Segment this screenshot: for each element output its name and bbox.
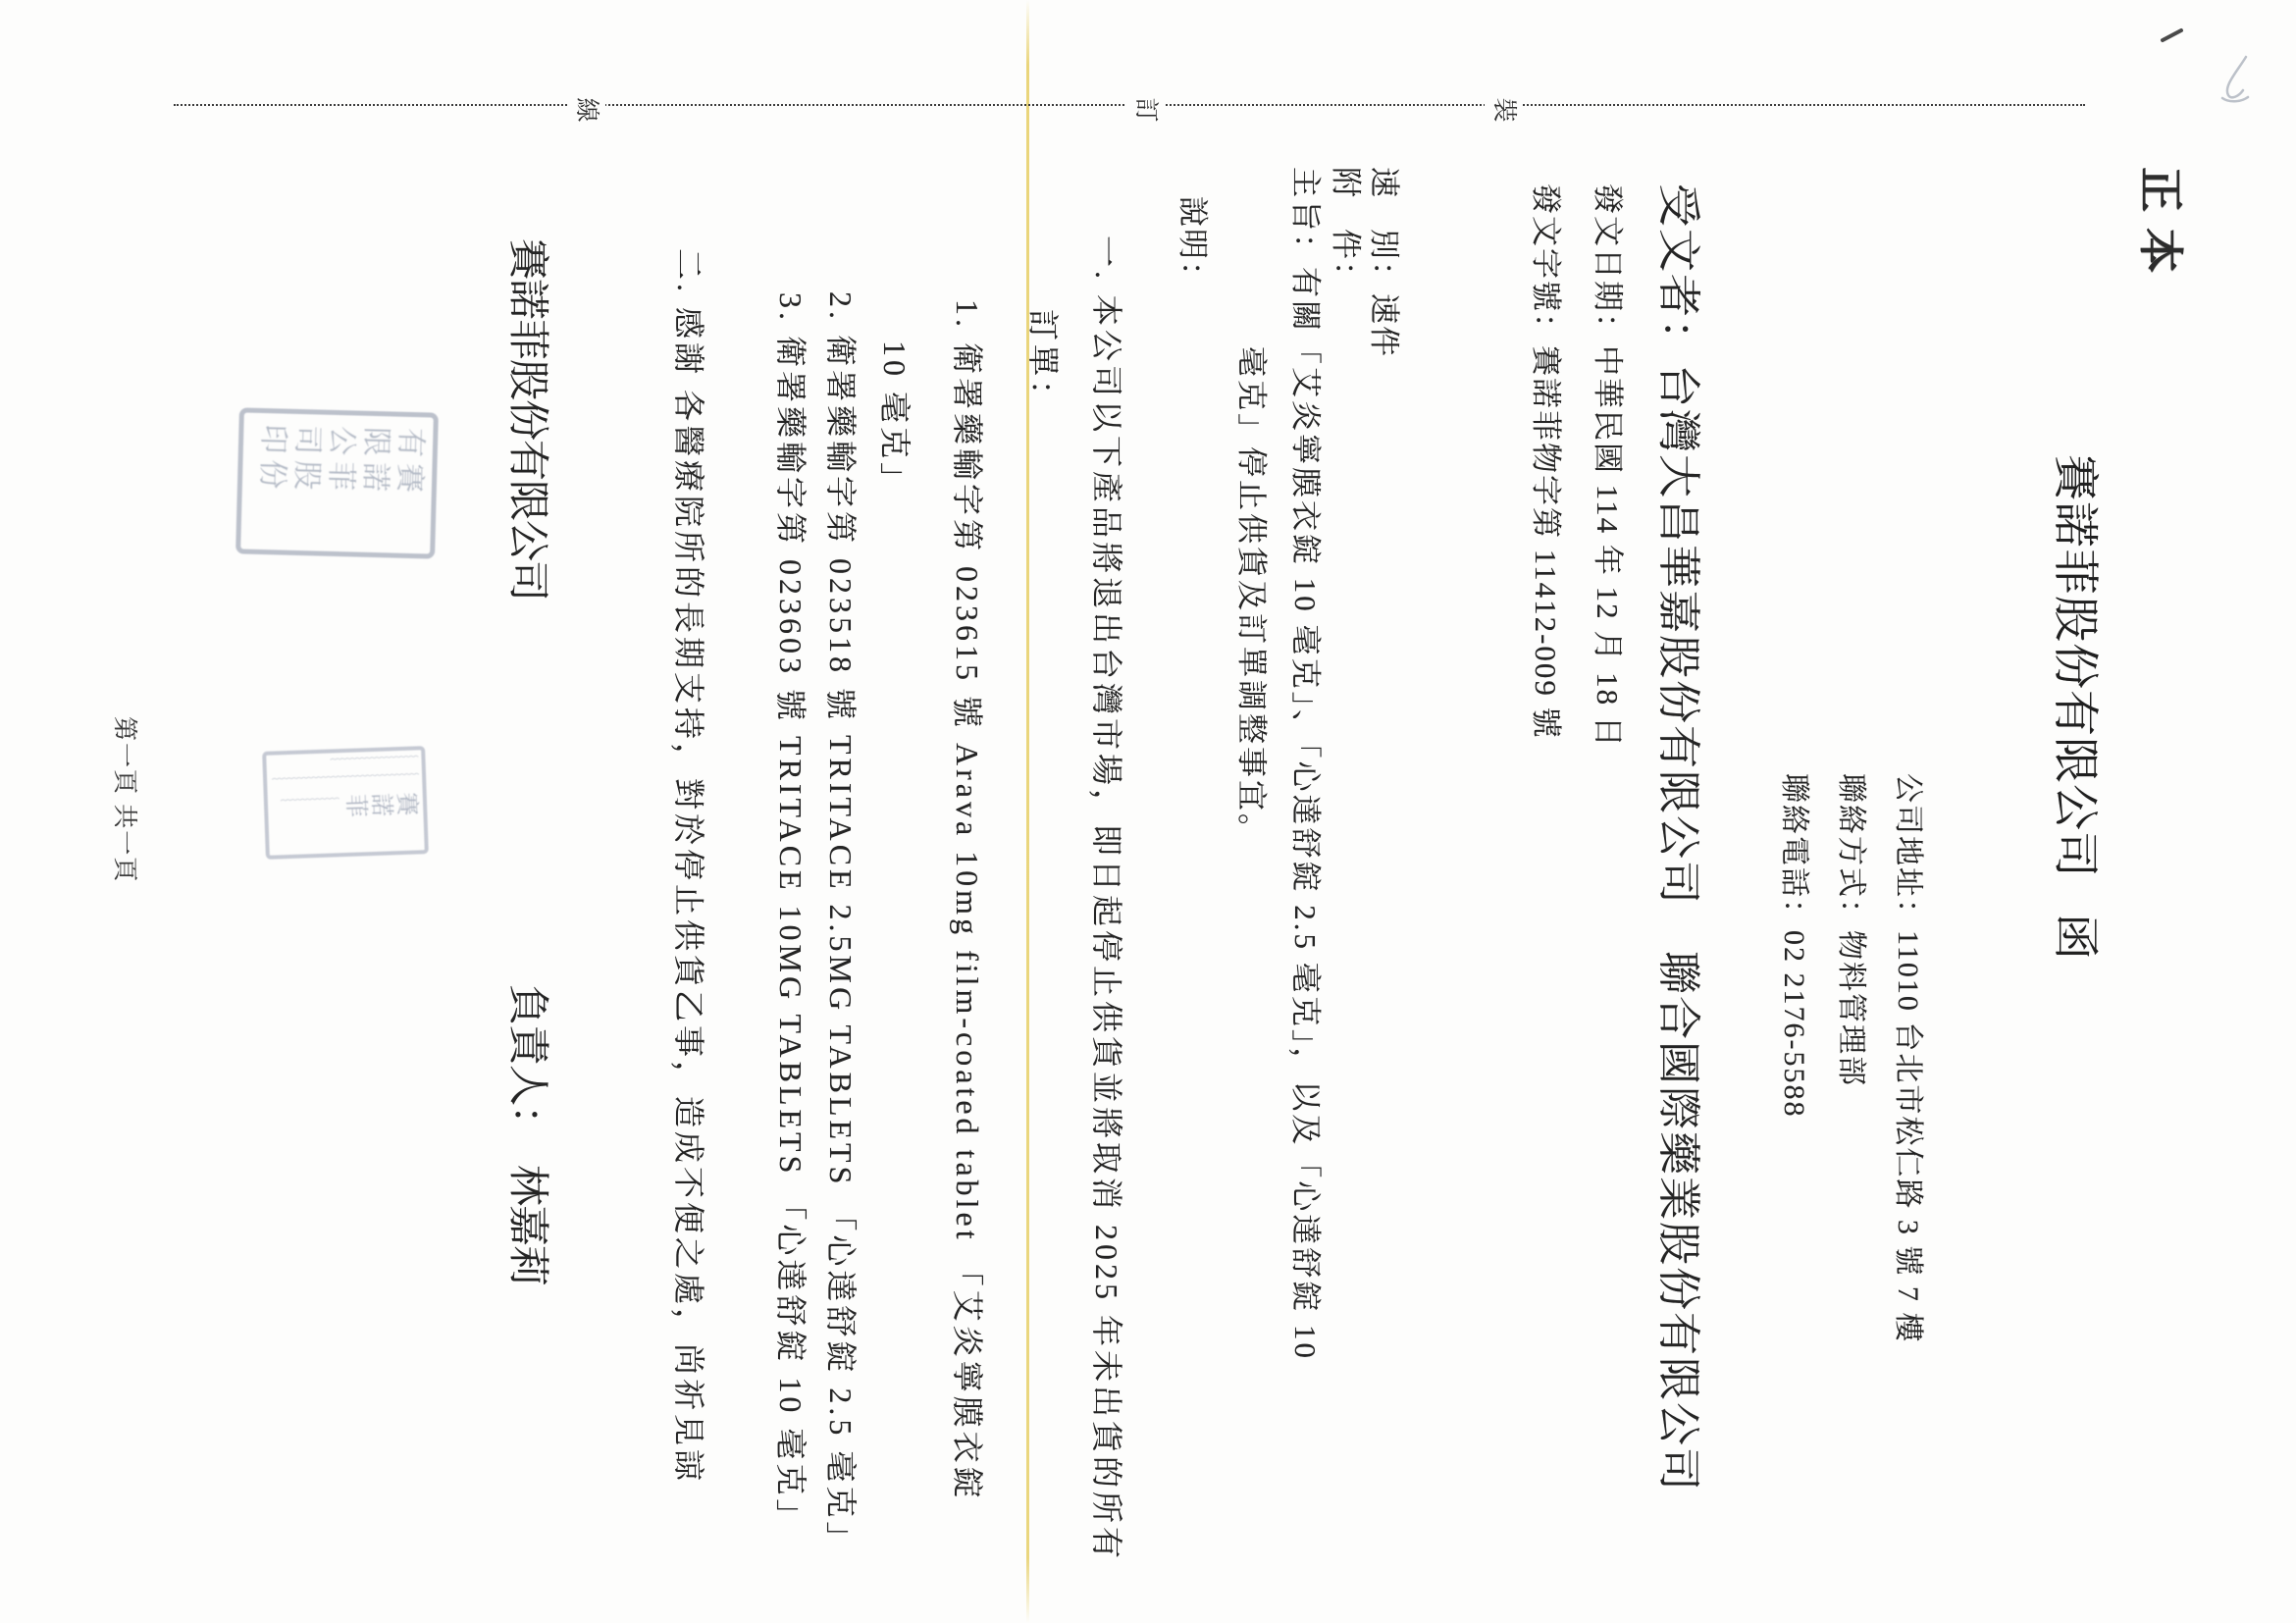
- pen-dash-mark: [2163, 30, 2181, 40]
- faint-pen-squiggle: [2222, 57, 2248, 101]
- scan-artifacts: [0, 0, 2296, 1623]
- scanned-letter-page: 裝 訂 線 正本 賽諾菲股份有限公司函 公司地址：11010 台北市松仁路 3 …: [0, 0, 2296, 1623]
